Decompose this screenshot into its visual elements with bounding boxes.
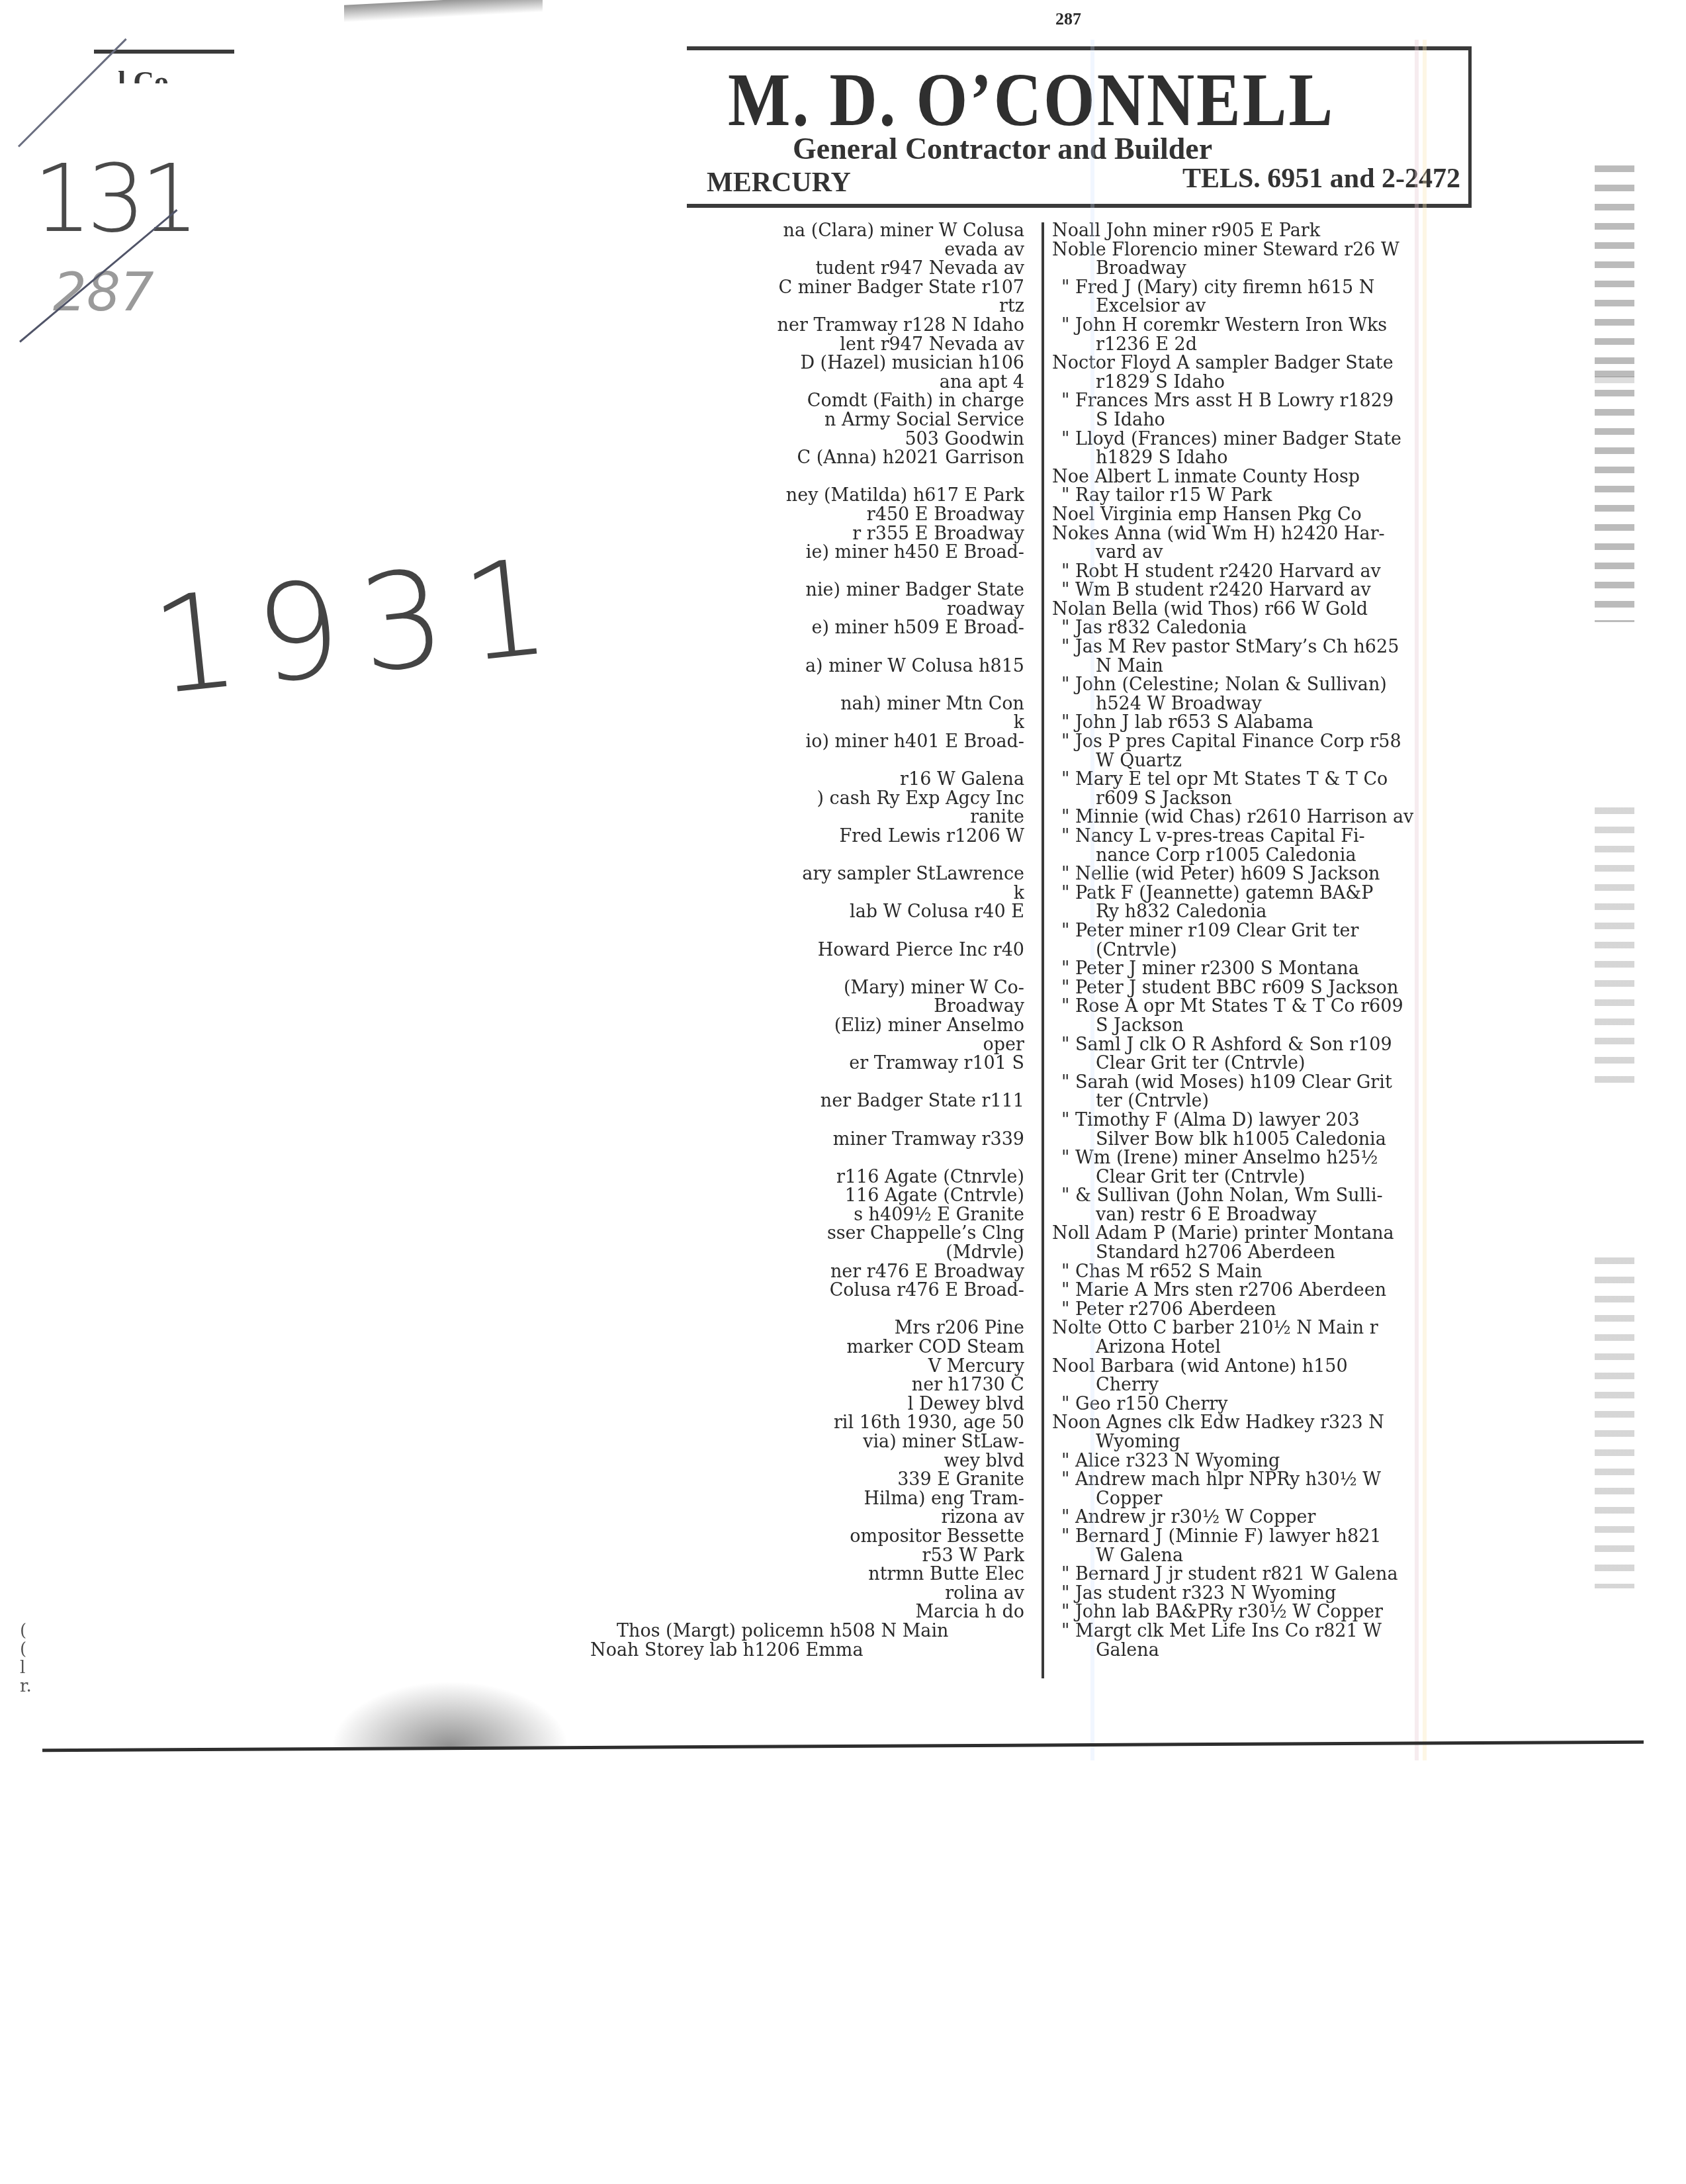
directory-entry: " John J lab r653 S Alabama xyxy=(1052,713,1476,733)
directory-line: s h409½ E Granite xyxy=(582,1206,1024,1225)
directory-entry-continuation: Silver Bow blk h1005 Caledonia xyxy=(1052,1130,1476,1150)
directory-line: rtz xyxy=(582,297,1024,316)
directory-entry: " & Sullivan (John Nolan, Wm Sulli- xyxy=(1052,1187,1476,1206)
directory-entry-continuation: N Main xyxy=(1052,657,1476,676)
directory-entry-continuation: Clear Grit ter (Cntrvle) xyxy=(1052,1054,1476,1073)
directory-line: r116 Agate (Ctnrvle) xyxy=(582,1168,1024,1187)
directory-entry: " Nellie (wid Peter) h609 S Jackson xyxy=(1052,865,1476,884)
directory-entry: " Alice r323 N Wyoming xyxy=(1052,1452,1476,1471)
directory-line: 503 Goodwin xyxy=(582,430,1024,449)
page-number: 287 xyxy=(1055,9,1081,29)
scan-artifact xyxy=(1415,40,1419,1760)
directory-entry-continuation: Broadway xyxy=(1052,259,1476,279)
directory-entry: Noall John miner r905 E Park xyxy=(1052,222,1476,241)
directory-entry: Noll Adam P (Marie) printer Montana xyxy=(1052,1224,1476,1244)
directory-line: lent r947 Nevada av xyxy=(582,336,1024,355)
scan-artifact xyxy=(1090,40,1094,1760)
directory-line: n Army Social Service xyxy=(582,411,1024,430)
directory-entry: " Jos P pres Capital Finance Corp r58 xyxy=(1052,733,1476,752)
directory-line: Hilma) eng Tram- xyxy=(582,1490,1024,1509)
directory-line: r16 W Galena xyxy=(582,770,1024,790)
directory-entry: " Chas M r652 S Main xyxy=(1052,1263,1476,1282)
directory-entry-continuation: ter (Cntrvle) xyxy=(1052,1092,1476,1111)
directory-entry: " Andrew jr r30½ W Copper xyxy=(1052,1508,1476,1527)
directory-entry: " Ray tailor r15 W Park xyxy=(1052,486,1476,506)
directory-entry-continuation: r1236 E 2d xyxy=(1052,336,1476,355)
directory-entry: " Frances Mrs asst H B Lowry r1829 xyxy=(1052,392,1476,411)
directory-entry-continuation: S Idaho xyxy=(1052,411,1476,430)
blank-line xyxy=(582,960,1024,979)
directory-line: ril 16th 1930, age 50 xyxy=(582,1414,1024,1433)
directory-entry-continuation: Ry h832 Caledonia xyxy=(1052,903,1476,922)
directory-entry: Nolte Otto C barber 210½ N Main r xyxy=(1052,1319,1476,1338)
directory-line: 116 Agate (Cntrvle) xyxy=(582,1187,1024,1206)
column-divider xyxy=(1042,222,1044,1678)
directory-line: V Mercury xyxy=(582,1357,1024,1377)
directory-entry: " Jas r832 Caledonia xyxy=(1052,619,1476,638)
directory-line: C miner Badger State r107 xyxy=(582,279,1024,298)
directory-line: ner r476 E Broadway xyxy=(582,1263,1024,1282)
directory-entry: Nokes Anna (wid Wm H) h2420 Har- xyxy=(1052,525,1476,544)
directory-entry-continuation: W Galena xyxy=(1052,1547,1476,1566)
directory-entry: " Jas student r323 N Wyoming xyxy=(1052,1584,1476,1604)
directory-line: r53 W Park xyxy=(582,1547,1024,1566)
directory-entry-continuation: nance Corp r1005 Caledonia xyxy=(1052,846,1476,866)
directory-entry-continuation: vard av xyxy=(1052,543,1476,563)
previous-page-fragment: l Co xyxy=(118,65,169,99)
directory-line: ney (Matilda) h617 E Park xyxy=(582,486,1024,506)
directory-entry: " Patk F (Jeannette) gatemn BA&P xyxy=(1052,884,1476,903)
directory-entry-continuation: h524 W Broadway xyxy=(1052,695,1476,714)
directory-entry: " Robt H student r2420 Harvard av xyxy=(1052,563,1476,582)
directory-entry-continuation: Copper xyxy=(1052,1490,1476,1509)
directory-entry: " Jas M Rev pastor StMary’s Ch h625 xyxy=(1052,638,1476,657)
directory-entry: " Andrew mach hlpr NPRy h30½ W xyxy=(1052,1471,1476,1490)
directory-line: nie) miner Badger State xyxy=(582,581,1024,600)
blank-line xyxy=(582,1111,1024,1130)
directory-entry: " John lab BA&PRy r30½ W Copper xyxy=(1052,1603,1476,1622)
directory-entry: " Saml J clk O R Ashford & Son r109 xyxy=(1052,1036,1476,1055)
directory-entry-continuation: Galena xyxy=(1052,1641,1476,1661)
directory-line: (Mary) miner W Co- xyxy=(582,979,1024,998)
directory-entry-continuation: Standard h2706 Aberdeen xyxy=(1052,1244,1476,1263)
directory-entry-continuation: van) restr 6 E Broadway xyxy=(1052,1206,1476,1225)
directory-line: lab W Colusa r40 E xyxy=(582,903,1024,922)
directory-entry: Noble Florencio miner Steward r26 W xyxy=(1052,241,1476,260)
blank-line xyxy=(582,638,1024,657)
directory-entry: " Geo r150 Cherry xyxy=(1052,1395,1476,1414)
blank-line xyxy=(582,468,1024,487)
blank-line xyxy=(582,1300,1024,1320)
bleed-through-text xyxy=(1595,165,1634,384)
blank-line xyxy=(582,563,1024,582)
directory-line: ana apt 4 xyxy=(582,373,1024,392)
directory-line: e) miner h509 E Broad- xyxy=(582,619,1024,638)
directory-entry: " Rose A opr Mt States T & T Co r609 xyxy=(1052,997,1476,1017)
blank-line xyxy=(582,846,1024,866)
directory-entry-continuation: r1829 S Idaho xyxy=(1052,373,1476,392)
directory-line: a) miner W Colusa h815 xyxy=(582,657,1024,676)
directory-line: ) cash Ry Exp Agcy Inc xyxy=(582,790,1024,809)
directory-entry: Noon Agnes clk Edw Hadkey r323 N xyxy=(1052,1414,1476,1433)
directory-line: rolina av xyxy=(582,1584,1024,1604)
directory-line: evada av xyxy=(582,241,1024,260)
directory-line: via) miner StLaw- xyxy=(582,1433,1024,1452)
directory-entry-continuation: Cherry xyxy=(1052,1376,1476,1395)
strikethrough-mark xyxy=(18,38,127,148)
directory-entry: " Mary E tel opr Mt States T & T Co xyxy=(1052,770,1476,790)
directory-line: ranite xyxy=(582,808,1024,827)
directory-line: r r355 E Broadway xyxy=(582,525,1024,544)
advertiser-name: M. D. O’CONNELL xyxy=(728,56,1335,143)
directory-line: er Tramway r101 S xyxy=(582,1054,1024,1073)
directory-entry: " Bernard J jr student r821 W Galena xyxy=(1052,1565,1476,1584)
directory-entry: " Wm (Irene) miner Anselmo h25½ xyxy=(1052,1149,1476,1168)
directory-column-left: na (Clara) miner W Colusaevada avtudent … xyxy=(582,222,1024,1660)
directory-entry: " Peter miner r109 Clear Grit ter xyxy=(1052,922,1476,941)
directory-entry: " Minnie (wid Chas) r2610 Harrison av xyxy=(1052,808,1476,827)
directory-entry: " Margt clk Met Life Ins Co r821 W xyxy=(1052,1622,1476,1641)
directory-line: nah) miner Mtn Con xyxy=(582,695,1024,714)
directory-line: D (Hazel) musician h106 xyxy=(582,354,1024,373)
bleed-through-text xyxy=(1595,1257,1634,1588)
blank-line xyxy=(582,922,1024,941)
directory-line: (Mdrvle) xyxy=(582,1244,1024,1263)
directory-line: rizona av xyxy=(582,1508,1024,1527)
directory-line: Comdt (Faith) in charge xyxy=(582,392,1024,411)
directory-line: oper xyxy=(582,1036,1024,1055)
directory-line: na (Clara) miner W Colusa xyxy=(582,222,1024,241)
directory-entry-continuation: Arizona Hotel xyxy=(1052,1338,1476,1357)
directory-entry: " Wm B student r2420 Harvard av xyxy=(1052,581,1476,600)
directory-line: ner h1730 C xyxy=(582,1376,1024,1395)
scan-shadow xyxy=(344,0,543,23)
directory-line: ary sampler StLawrence xyxy=(582,865,1024,884)
directory-line: Noah Storey lab h1206 Emma xyxy=(582,1641,1024,1661)
directory-line: wey blvd xyxy=(582,1452,1024,1471)
directory-line: 339 E Granite xyxy=(582,1471,1024,1490)
directory-line: ntrmn Butte Elec xyxy=(582,1565,1024,1584)
blank-line xyxy=(582,676,1024,695)
directory-line: marker COD Steam xyxy=(582,1338,1024,1357)
directory-line: k xyxy=(582,713,1024,733)
directory-entry-continuation: Clear Grit ter (Cntrvle) xyxy=(1052,1168,1476,1187)
directory-entry: " Sarah (wid Moses) h109 Clear Grit xyxy=(1052,1073,1476,1093)
handwritten-struck-number: 131 xyxy=(33,146,194,253)
directory-entry: " Bernard J (Minnie F) lawyer h821 xyxy=(1052,1527,1476,1547)
directory-entry: Nool Barbara (wid Antone) h150 xyxy=(1052,1357,1476,1377)
directory-entry: " John (Celestine; Nolan & Sullivan) xyxy=(1052,676,1476,695)
directory-entry: " John H coremkr Western Iron Wks xyxy=(1052,316,1476,336)
directory-line: r450 E Broadway xyxy=(582,506,1024,525)
directory-line: (Eliz) miner Anselmo xyxy=(582,1017,1024,1036)
directory-line: Broadway xyxy=(582,997,1024,1017)
directory-entry: " Fred J (Mary) city firemn h615 N xyxy=(1052,279,1476,298)
directory-line: sser Chappelle’s Clng xyxy=(582,1224,1024,1244)
directory-line: ner Badger State r111 xyxy=(582,1092,1024,1111)
page-bottom-edge xyxy=(42,1741,1644,1752)
directory-entry: Noctor Floyd A sampler Badger State xyxy=(1052,354,1476,373)
directory-entry: " Marie A Mrs sten r2706 Aberdeen xyxy=(1052,1281,1476,1300)
directory-line: miner Tramway r339 xyxy=(582,1130,1024,1150)
directory-line: roadway xyxy=(582,600,1024,619)
directory-line: Marcia h do xyxy=(582,1603,1024,1622)
directory-line: ner Tramway r128 N Idaho xyxy=(582,316,1024,336)
blank-line xyxy=(582,1073,1024,1093)
advertiser-tagline: General Contractor and Builder xyxy=(793,131,1212,166)
directory-line: Thos (Margt) policemn h508 N Main xyxy=(582,1622,1024,1641)
handwritten-year: 1931 xyxy=(146,528,576,725)
directory-line: Mrs r206 Pine xyxy=(582,1319,1024,1338)
directory-line: Howard Pierce Inc r40 xyxy=(582,941,1024,960)
scan-artifact xyxy=(1423,40,1427,1760)
directory-line: C (Anna) h2021 Garrison xyxy=(582,449,1024,468)
directory-entry-continuation: r609 S Jackson xyxy=(1052,790,1476,809)
directory-entry: " Nancy L v-pres-treas Capital Fi- xyxy=(1052,827,1476,846)
bleed-through-text xyxy=(1595,371,1634,622)
directory-entry-continuation: h1829 S Idaho xyxy=(1052,449,1476,468)
blank-line xyxy=(582,1149,1024,1168)
directory-line: l Dewey blvd xyxy=(582,1395,1024,1414)
directory-line: Fred Lewis r1206 W xyxy=(582,827,1024,846)
directory-entry: " Lloyd (Frances) miner Badger State xyxy=(1052,430,1476,449)
directory-entry: " Peter r2706 Aberdeen xyxy=(1052,1300,1476,1320)
blank-line xyxy=(582,752,1024,771)
scan-shadow xyxy=(331,1681,569,1747)
directory-entry: " Peter J student BBC r609 S Jackson xyxy=(1052,979,1476,998)
advertisement-box: M. D. O’CONNELL General Contractor and B… xyxy=(687,46,1472,208)
advertiser-location: MERCURY xyxy=(707,167,851,199)
directory-entry-continuation: W Quartz xyxy=(1052,752,1476,771)
directory-entry-continuation: Wyoming xyxy=(1052,1433,1476,1452)
directory-line: ompositor Bessette xyxy=(582,1527,1024,1547)
bleed-through-text xyxy=(1595,807,1634,1085)
directory-line: ie) miner h450 E Broad- xyxy=(582,543,1024,563)
directory-line: k xyxy=(582,884,1024,903)
directory-entry: Noel Virginia emp Hansen Pkg Co xyxy=(1052,506,1476,525)
directory-line: Colusa r476 E Broad- xyxy=(582,1281,1024,1300)
directory-entry-continuation: (Cntrvle) xyxy=(1052,941,1476,960)
directory-entry-continuation: S Jackson xyxy=(1052,1017,1476,1036)
directory-line: tudent r947 Nevada av xyxy=(582,259,1024,279)
directory-entry: " Timothy F (Alma D) lawyer 203 xyxy=(1052,1111,1476,1130)
directory-entry: " Peter J miner r2300 S Montana xyxy=(1052,960,1476,979)
directory-entry-continuation: Excelsior av xyxy=(1052,297,1476,316)
directory-entry: Nolan Bella (wid Thos) r66 W Gold xyxy=(1052,600,1476,619)
directory-entry: Noe Albert L inmate County Hosp xyxy=(1052,468,1476,487)
directory-line: io) miner h401 E Broad- xyxy=(582,733,1024,752)
margin-marks: ( ( l r. xyxy=(20,1621,32,1696)
directory-column-right: Noall John miner r905 E ParkNoble Floren… xyxy=(1052,222,1476,1660)
